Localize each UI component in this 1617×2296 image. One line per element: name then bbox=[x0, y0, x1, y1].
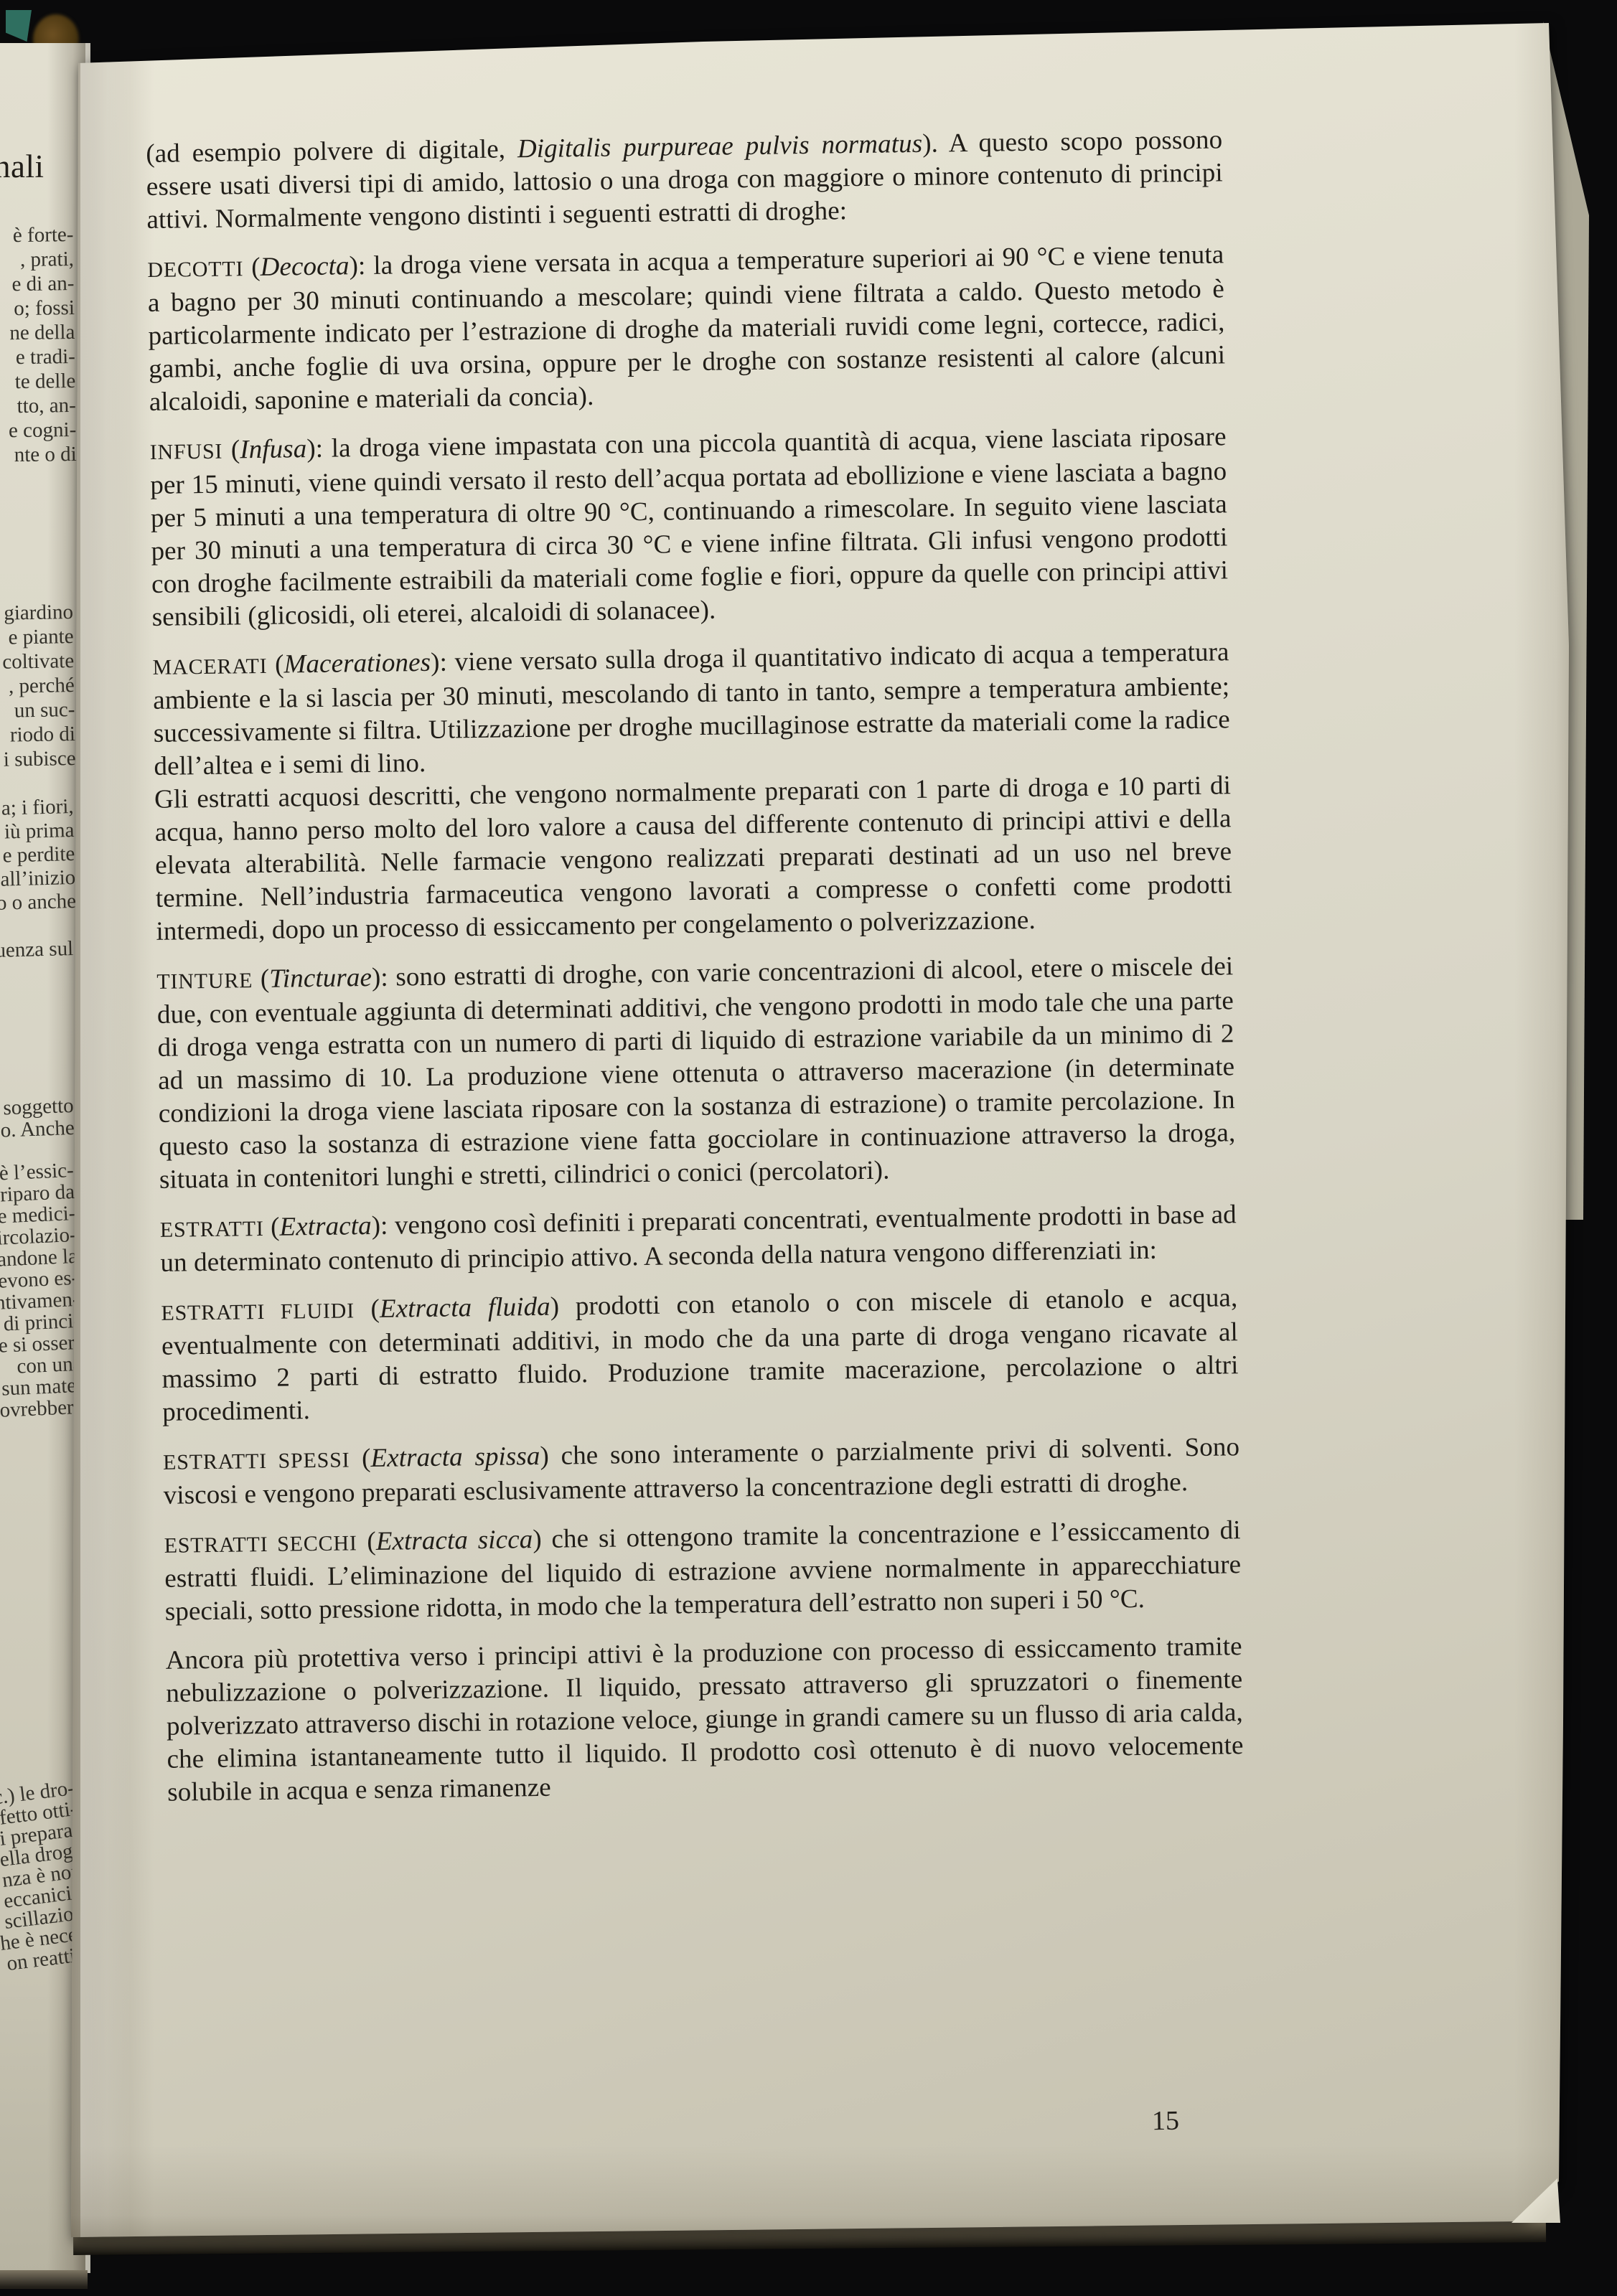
smallcaps-run: ESTRATTI SECCHI bbox=[164, 1531, 357, 1558]
italic-run: Digitalis purpureae pulvis normatus bbox=[517, 129, 923, 164]
italic-run: Macerationes bbox=[283, 648, 431, 679]
italic-run: Extracta sicca bbox=[376, 1525, 533, 1556]
page-gutter-highlight bbox=[80, 0, 131, 2296]
body-text: (ad esempio polvere di digitale, Digital… bbox=[146, 123, 1245, 1825]
smallcaps-run: MACERATI bbox=[152, 654, 267, 679]
italic-run: Tincturae bbox=[269, 963, 372, 994]
smallcaps-run: ESTRATTI FLUIDI bbox=[161, 1299, 355, 1325]
paragraph: ESTRATTI FLUIDI (Extracta fluida) prodot… bbox=[161, 1281, 1239, 1429]
text-run: ( bbox=[357, 1527, 376, 1556]
book-photo: nali è forte-, prati,e di an-o; fossine … bbox=[0, 0, 1617, 2296]
smallcaps-run: ESTRATTI bbox=[160, 1217, 264, 1242]
page-right-edge-shadow bbox=[1514, 0, 1579, 2296]
text-run: ( bbox=[355, 1294, 380, 1324]
italic-run: Extracta bbox=[279, 1211, 372, 1242]
paragraph: (ad esempio polvere di digitale, Digital… bbox=[146, 123, 1224, 237]
paragraph: ESTRATTI SPESSI (Extracta spissa) che so… bbox=[163, 1431, 1240, 1512]
book-page: (ad esempio polvere di digitale, Digital… bbox=[0, 0, 1617, 2296]
paragraph: INFUSI (Infusa): la droga viene impastat… bbox=[149, 420, 1229, 634]
text-run: ( bbox=[267, 650, 284, 679]
paragraph: ESTRATTI (Extracta): vengono così defini… bbox=[160, 1198, 1237, 1280]
smallcaps-run: INFUSI bbox=[150, 440, 223, 464]
text-run: ( bbox=[253, 964, 270, 994]
paragraph: MACERATI (Macerationes): viene versato s… bbox=[152, 636, 1230, 784]
text-run: ( bbox=[243, 253, 261, 282]
text-run: ( bbox=[263, 1213, 279, 1242]
italic-run: Extracta spissa bbox=[370, 1441, 540, 1473]
italic-run: Extracta fluida bbox=[380, 1292, 550, 1324]
italic-run: Infusa bbox=[240, 434, 307, 464]
paragraph: Ancora più protettiva verso i principi a… bbox=[165, 1630, 1244, 1810]
text-run: Gli estratti acquosi descritti, che veng… bbox=[154, 771, 1232, 946]
text-run: ( bbox=[222, 435, 240, 464]
smallcaps-run: ESTRATTI SPESSI bbox=[163, 1448, 350, 1474]
page-number: 15 bbox=[1152, 2105, 1180, 2137]
smallcaps-run: TINTURE bbox=[156, 969, 253, 994]
paragraph: ESTRATTI SECCHI (Extracta sicca) che si … bbox=[164, 1514, 1242, 1629]
paragraph: TINTURE (Tincturae): sono estratti di dr… bbox=[156, 950, 1236, 1197]
text-run: ( bbox=[350, 1444, 371, 1473]
paragraph: Gli estratti acquosi descritti, che veng… bbox=[154, 769, 1233, 949]
page-shadow: (ad esempio polvere di digitale, Digital… bbox=[0, 0, 1617, 2296]
text-run: ): la droga viene impastata con una picc… bbox=[150, 422, 1228, 632]
text-run: (ad esempio polvere di digitale, bbox=[146, 134, 517, 169]
page-bottom-edge-shadow bbox=[0, 2145, 1617, 2239]
italic-run: Decocta bbox=[260, 251, 349, 282]
smallcaps-run: DECOTTI bbox=[147, 257, 243, 282]
text-run: Ancora più protettiva verso i principi a… bbox=[166, 1632, 1244, 1807]
paragraph: DECOTTI (Decocta): la droga viene versat… bbox=[147, 238, 1226, 419]
